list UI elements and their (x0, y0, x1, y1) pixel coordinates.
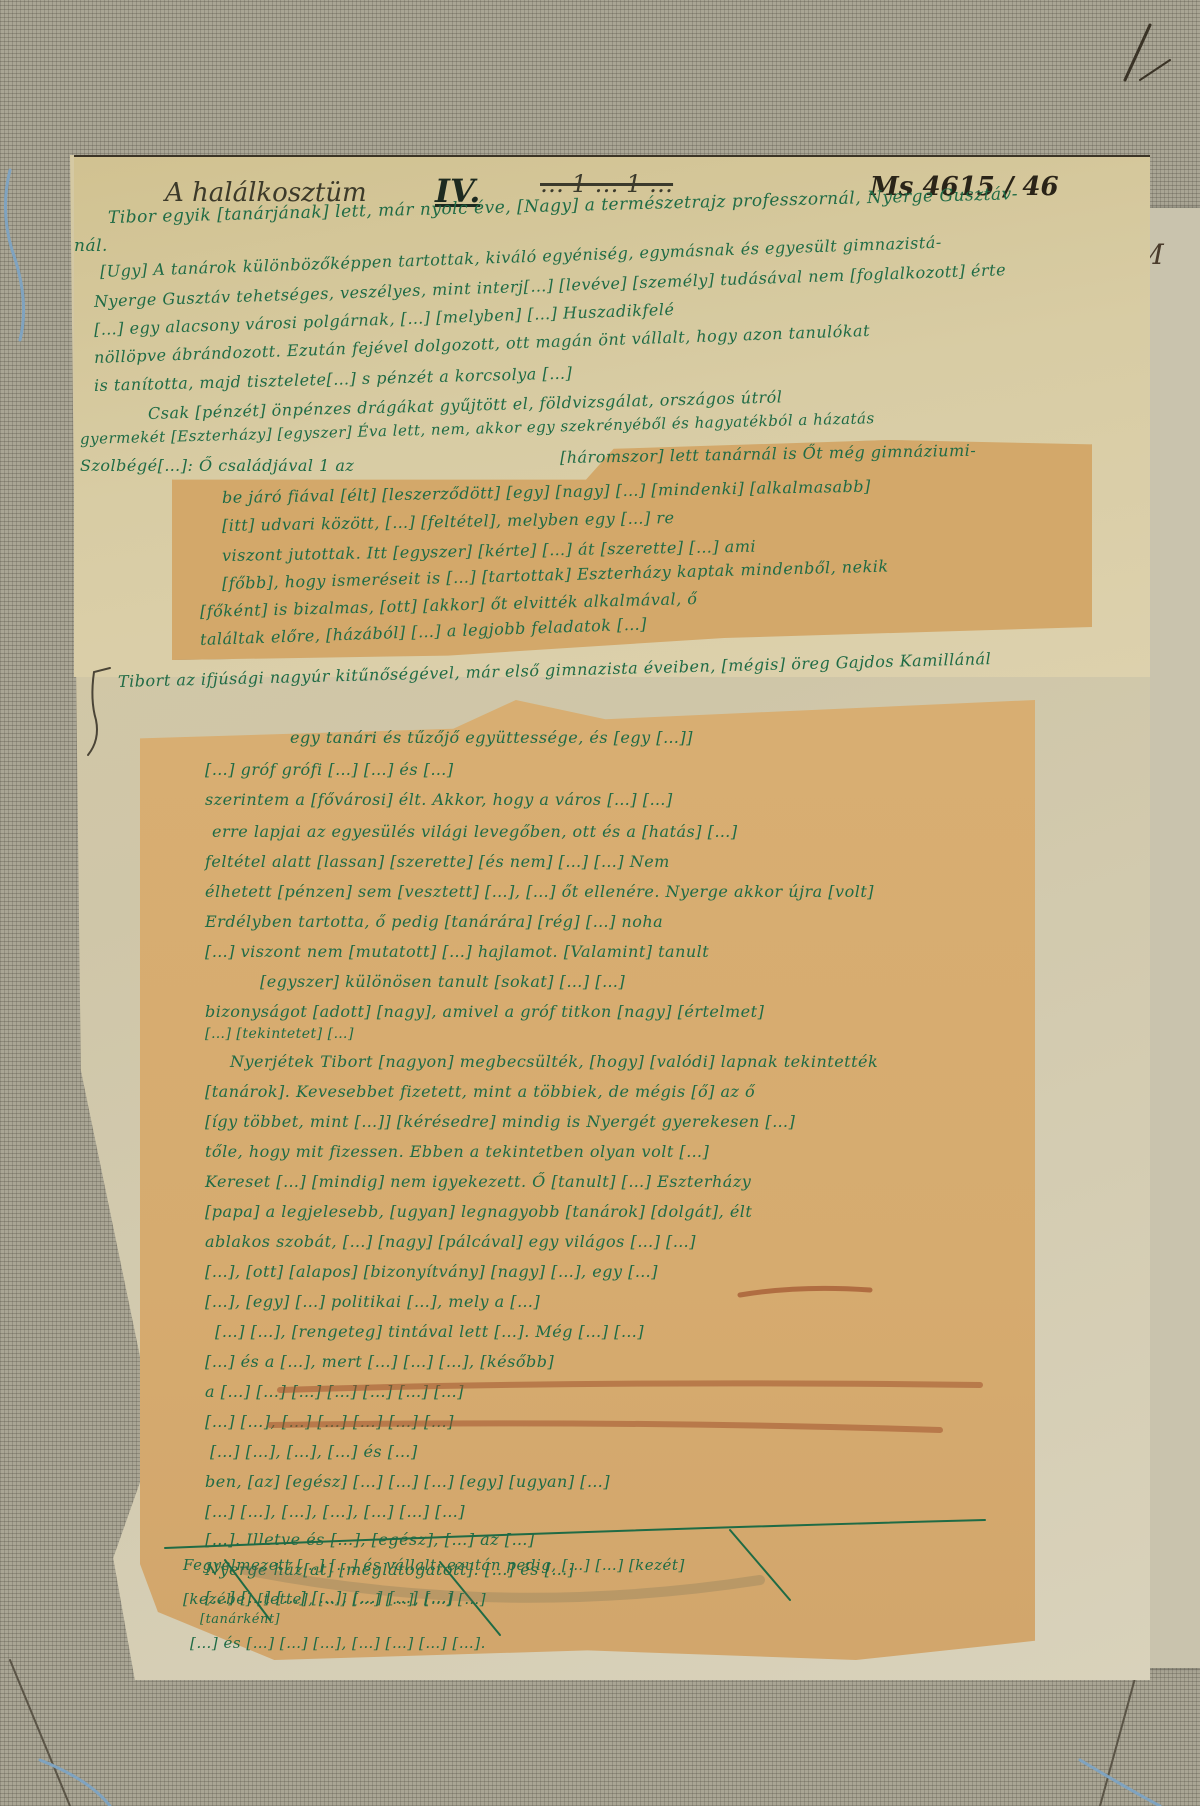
text-line: Fegyelmezett […] […] és vállalt, ezután … (183, 1556, 685, 1574)
text-line: [kezébe] [tette], […] […] […], […] […] (183, 1590, 486, 1608)
text-line: […] és […] […] […], […] […] […] […]. (190, 1634, 486, 1652)
separator-line (0, 0, 1200, 1806)
